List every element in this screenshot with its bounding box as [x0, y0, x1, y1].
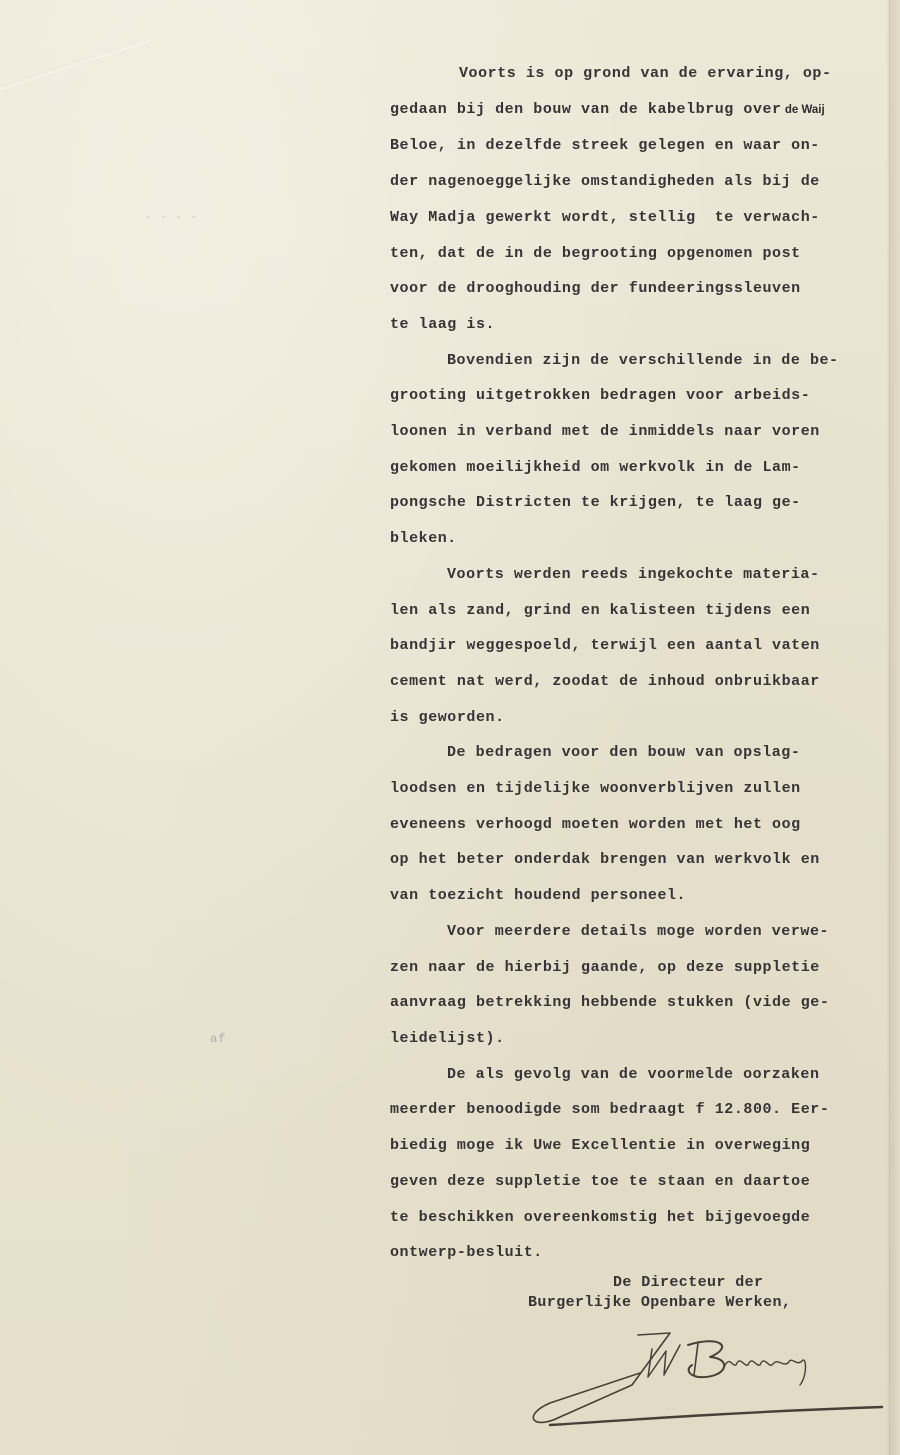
text-line: eveneens verhoogd moeten worden met het …: [390, 807, 890, 843]
text-line: loonen in verband met de inmiddels naar …: [390, 414, 890, 450]
text-line: geven deze suppletie toe te staan en daa…: [390, 1164, 890, 1200]
text-line: te beschikken overeenkomstig het bijgevo…: [390, 1200, 890, 1236]
margin-dash-mark: - - - -: [145, 212, 198, 224]
text-line: gedaan bij den bouw van de kabelbrug ove…: [390, 92, 890, 129]
inserted-text-value: de Waij: [785, 104, 825, 116]
text-line: der nagenoeggelijke omstandigheden als b…: [390, 164, 890, 200]
paragraph-4: De bedragen voor den bouw van opslag- lo…: [390, 735, 890, 914]
text-line: biedig moge ik Uwe Excellentie in overwe…: [390, 1128, 890, 1164]
text-line: bandjir weggespoeld, terwijl een aantal …: [390, 628, 890, 664]
text-line: De bedragen voor den bouw van opslag-: [390, 735, 890, 771]
text-line: leidelijst).: [390, 1021, 890, 1057]
text-line: meerder benoodigde som bedraagt f 12.800…: [390, 1092, 890, 1128]
text-line: zen naar de hierbij gaande, op deze supp…: [390, 950, 890, 986]
signatory-title-line-2: Burgerlijke Openbare Werken,: [528, 1293, 791, 1313]
handwritten-signature: [520, 1315, 890, 1435]
text-line: Voorts is op grond van de ervaring, op-: [390, 56, 890, 92]
paragraph-5: Voor meerdere details moge worden verwe-…: [390, 914, 890, 1057]
text-line: aanvraag betrekking hebbende stukken (vi…: [390, 985, 890, 1021]
text-line: gekomen moeilijkheid om werkvolk in de L…: [390, 450, 890, 486]
paper-sheet: - - - - af Voorts is op grond van de erv…: [0, 0, 900, 1455]
text-line: pongsche Districten te krijgen, te laag …: [390, 485, 890, 521]
text-line: voor de drooghouding der fundeeringssleu…: [390, 271, 890, 307]
text-line: bleken.: [390, 521, 890, 557]
text-line: te laag is.: [390, 307, 890, 343]
paragraph-1: Voorts is op grond van de ervaring, op- …: [390, 56, 890, 343]
text-line: van toezicht houdend personeel.: [390, 878, 890, 914]
text-line: op het beter onderdak brengen van werkvo…: [390, 842, 890, 878]
text-line: Voor meerdere details moge worden verwe-: [390, 914, 890, 950]
text-line: Way Madja gewerkt wordt, stellig te verw…: [390, 200, 890, 236]
signatory-title-line-1: De Directeur der: [528, 1273, 791, 1293]
text-line: Beloe, in dezelfde streek gelegen en waa…: [390, 128, 890, 164]
signature-block: De Directeur der Burgerlijke Openbare We…: [528, 1273, 791, 1313]
text-line: ontwerp-besluit.: [390, 1235, 890, 1271]
text-line: ten, dat de in de begrooting opgenomen p…: [390, 236, 890, 272]
text-line: cement nat werd, zoodat de inhoud onbrui…: [390, 664, 890, 700]
text-line-content: gedaan bij den bouw van de kabelbrug ove…: [390, 101, 782, 118]
paragraph-3: Voorts werden reeds ingekochte materia- …: [390, 557, 890, 736]
paper-fold-crease: [0, 39, 151, 97]
inserted-handstamp-text: de Waij: [782, 104, 825, 116]
text-line: loodsen en tijdelijke woonverblijven zul…: [390, 771, 890, 807]
text-line: grooting uitgetrokken bedragen voor arbe…: [390, 378, 890, 414]
text-line: Voorts werden reeds ingekochte materia-: [390, 557, 890, 593]
text-line: De als gevolg van de voormelde oorzaken: [390, 1057, 890, 1093]
paragraph-6: De als gevolg van de voormelde oorzaken …: [390, 1057, 890, 1271]
text-line: len als zand, grind en kalisteen tijdens…: [390, 593, 890, 629]
text-line: Bovendien zijn de verschillende in de be…: [390, 343, 890, 379]
paragraph-2: Bovendien zijn de verschillende in de be…: [390, 343, 890, 557]
letter-body: Voorts is op grond van de ervaring, op- …: [390, 56, 890, 1271]
margin-af-mark: af: [210, 1032, 226, 1046]
text-line: is geworden.: [390, 700, 890, 736]
